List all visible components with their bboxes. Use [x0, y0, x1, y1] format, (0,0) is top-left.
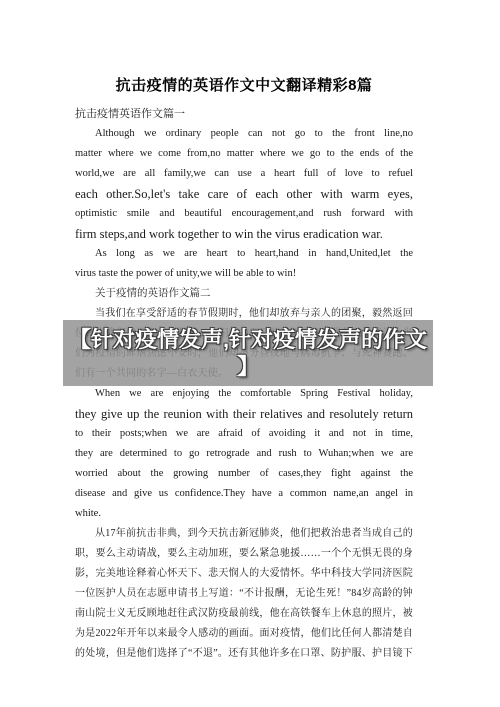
- text-line: optimistic smile and beautiful encourage…: [75, 204, 413, 224]
- text-line: 为是2022年开年以来最令人感动的画面。面对疫情，他们比任何人都清楚自己: [75, 624, 413, 644]
- page-title: 抗击疫情的英语作文中文翻译精彩8篇: [75, 74, 413, 98]
- text-line: they give up the reunion with their rela…: [75, 404, 413, 424]
- text-line: As long as we are heart to heart,hand in…: [75, 244, 413, 264]
- text-line: 从17年前抗击非典，到今天抗击新冠肺炎，他们把救治患者当成自己的天: [75, 524, 413, 544]
- text-line: 影，完美地诠释着心怀天下、悲天悯人的大爱情怀。华中科技大学同济医院的: [75, 564, 413, 584]
- text-line: they are determined to go retrograde and…: [75, 444, 413, 464]
- text-line: 南山院士义无反顾地赶往武汉防疫最前线，他在高铁餐车上休息的照片，被认: [75, 604, 413, 624]
- text-line: matter where we come from,no matter wher…: [75, 144, 413, 164]
- text-line: to their posts;when we are afraid of avo…: [75, 424, 413, 444]
- text-line: Although we ordinary people can not go t…: [75, 124, 413, 144]
- text-line: 的处境，但是他们选择了“不退”。还有其他许多在口罩、防护服、护目镜下忘: [75, 644, 413, 664]
- overlay-title-line-2: 】: [237, 353, 259, 380]
- text-line: each other.So,let's take care of each ot…: [75, 184, 413, 204]
- text-line: When we are enjoying the comfortable Spr…: [75, 384, 413, 404]
- text-line: 职，要么主动请战，要么主动加班，要么紧急驰援……一个个无惧无畏的身: [75, 544, 413, 564]
- overlay-banner: 【针对疫情发声,针对疫情发声的作文 】: [63, 320, 433, 386]
- text-line: world,we are all family,we can use a hea…: [75, 164, 413, 184]
- text-line: white.: [75, 504, 413, 524]
- section-heading-2: 关于疫情的英语作文篇二: [75, 284, 413, 304]
- text-line: firm steps,and work together to win the …: [75, 224, 413, 244]
- text-line: 一位医护人员在志愿申请书上写道：“不计报酬，无论生死！”84岁高龄的钟: [75, 584, 413, 604]
- overlay-title-line-1: 【针对疫情发声,针对疫情发声的作文: [69, 326, 427, 353]
- text-line: virus taste the power of unity,we will b…: [75, 264, 413, 284]
- document-page: 抗击疫情的英语作文中文翻译精彩8篇 抗击疫情英语作文篇一 Although we…: [0, 0, 500, 707]
- text-line: disease and give us confidence.They have…: [75, 484, 413, 504]
- section-heading-1: 抗击疫情英语作文篇一: [75, 104, 413, 124]
- text-line: worried about the growing number of case…: [75, 464, 413, 484]
